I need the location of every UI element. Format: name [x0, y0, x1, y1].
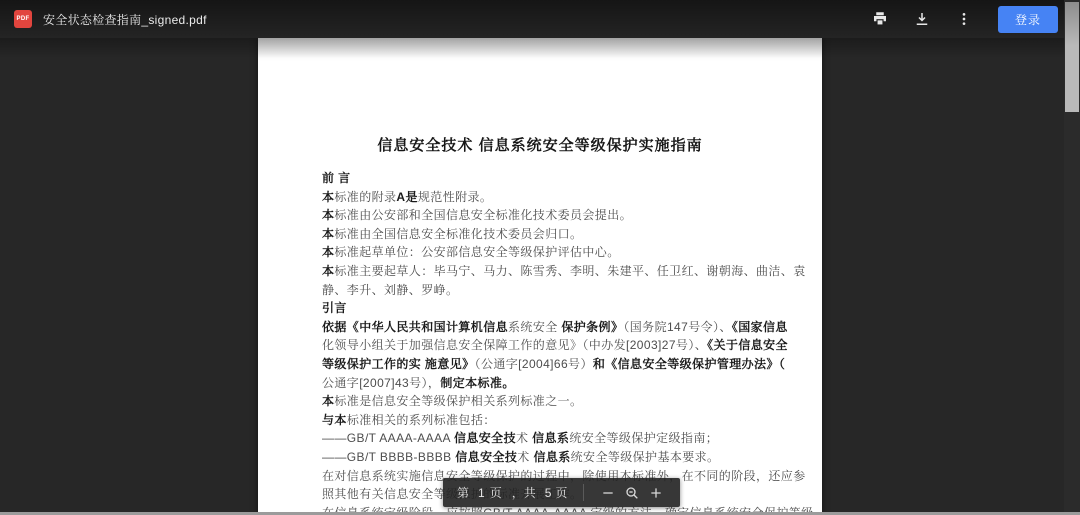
text-segment: 保护条例》 — [561, 320, 623, 334]
text-segment: 标准主要起草人：毕马宁、马力、陈雪秀、李明、朱建平、任卫红、谢朝海、曲洁、袁 — [334, 264, 805, 278]
text-segment: ——GB/T AAAA-AAAA — [322, 431, 454, 445]
text-segment: 标准的附录 — [334, 190, 396, 204]
text-segment: 本 — [322, 245, 334, 259]
more-options-button[interactable] — [954, 9, 974, 29]
document-line: 与本标准相关的系列标准包括： — [322, 411, 764, 430]
minus-icon — [601, 486, 615, 500]
text-segment: 信息系 — [533, 450, 570, 464]
pdf-page: 信息安全技术 信息系统安全等级保护实施指南 前 言本标准的附录A是规范性附录。本… — [258, 38, 822, 515]
download-button[interactable] — [912, 9, 932, 29]
document-line: 公通字[2007]43号），制定本标准。 — [322, 374, 764, 393]
text-segment: 本 — [322, 394, 334, 408]
text-segment: 规范性附录。 — [418, 190, 492, 204]
login-button[interactable]: 登录 — [998, 6, 1058, 33]
text-segment: 术 — [516, 431, 532, 445]
text-segment: 制定本标准。 — [440, 376, 514, 390]
document-line: 本标准主要起草人：毕马宁、马力、陈雪秀、李明、朱建平、任卫红、谢朝海、曲洁、袁 — [322, 262, 764, 281]
text-segment: 与本 — [322, 413, 347, 427]
document-line: ——GB/T AAAA-AAAA 信息安全技术 信息系统安全等级保护定级指南； — [322, 429, 764, 448]
text-segment: 公通字[2007]43号）， — [322, 376, 440, 390]
text-segment: 静、李升、刘静、罗峥。 — [322, 283, 458, 297]
text-segment: 统安全等级保护定级指南； — [569, 431, 718, 445]
document-line: 前 言 — [322, 169, 764, 188]
kebab-menu-icon — [956, 11, 972, 27]
text-segment: 《关于信息安全 — [707, 338, 788, 352]
document-line: ——GB/T BBBB-BBBB 信息安全技术 信息系统安全等级保护基本要求。 — [322, 448, 764, 467]
text-segment: 和《信息安全等级保护管理办法》（ — [593, 357, 785, 371]
print-button[interactable] — [870, 9, 890, 29]
text-segment: 信息系 — [532, 431, 569, 445]
document-line: 引言 — [322, 299, 764, 318]
page-zoom-toolbar: 第 1 页 ，共 5 页 — [443, 478, 680, 507]
text-segment: A是 — [396, 190, 417, 204]
text-segment: 系统安全 — [508, 320, 561, 334]
document-line: 本标准起草单位：公安部信息安全等级保护评估中心。 — [322, 243, 764, 262]
text-segment: 标准相关的系列标准包括： — [347, 413, 496, 427]
text-segment: 《国家信息 — [732, 320, 788, 334]
text-segment: 标准由公安部和全国信息安全标准化技术委员会提出。 — [334, 208, 632, 222]
text-segment: 化领导小组关于加强信息安全保障工作的意见》（中办发[2003]27号）、 — [322, 338, 707, 352]
text-segment: 信息安全技 — [454, 431, 516, 445]
zoom-in-button[interactable] — [644, 478, 668, 507]
pdf-file-icon: PDF — [14, 10, 32, 28]
text-segment: 引言 — [322, 301, 347, 315]
document-line: 依据《中华人民共和国计算机信息系统安全 保护条例》（国务院147号令）、《国家信… — [322, 318, 764, 337]
document-line: 本标准的附录A是规范性附录。 — [322, 188, 764, 207]
text-segment: （国务院147号令）、 — [623, 320, 731, 334]
text-segment: 等级保护工作的实 施意见》 — [322, 357, 475, 371]
vertical-scrollbar-thumb[interactable] — [1065, 2, 1079, 112]
text-segment: 前 言 — [322, 171, 351, 185]
text-segment: ——GB/T BBBB-BBBB — [322, 450, 455, 464]
text-segment: 术 — [517, 450, 533, 464]
document-line: 化领导小组关于加强信息安全保障工作的意见》（中办发[2003]27号）、《关于信… — [322, 336, 764, 355]
document-line: 本标准由公安部和全国信息安全标准化技术委员会提出。 — [322, 206, 764, 225]
text-segment: 信息安全技 — [455, 450, 517, 464]
document-line: 本标准由全国信息安全标准化技术委员会归口。 — [322, 225, 764, 244]
text-segment: 本 — [322, 190, 334, 204]
text-segment: 本 — [322, 227, 334, 241]
document-body: 前 言本标准的附录A是规范性附录。本标准由公安部和全国信息安全标准化技术委员会提… — [322, 169, 764, 515]
document-line: 等级保护工作的实 施意见》（公通字[2004]66号）和《信息安全等级保护管理办… — [322, 355, 764, 374]
document-title: 信息安全技术 信息系统安全等级保护实施指南 — [258, 134, 822, 155]
file-info: PDF 安全状态检查指南_signed.pdf — [14, 10, 207, 28]
text-segment: 标准是信息安全等级保护相关系列标准之一。 — [334, 394, 582, 408]
document-line: 静、李升、刘静、罗峥。 — [322, 281, 764, 300]
plus-icon — [649, 486, 663, 500]
magnifier-icon — [624, 485, 640, 501]
page-unit-label: 页 — [490, 484, 502, 501]
viewer-header: PDF 安全状态检查指南_signed.pdf — [0, 0, 1080, 38]
text-segment: 依据《中华人民共和国计算机信息 — [322, 320, 508, 334]
download-icon — [913, 10, 931, 28]
document-line: 本标准是信息安全等级保护相关系列标准之一。 — [322, 392, 764, 411]
total-pages-count: 5 — [545, 486, 552, 500]
text-segment: 本 — [322, 264, 334, 278]
total-pages-unit: 页 — [555, 484, 567, 501]
toolbar-divider — [583, 484, 584, 501]
zoom-out-button[interactable] — [596, 478, 620, 507]
text-segment: 统安全等级保护基本要求。 — [571, 450, 720, 464]
print-icon — [871, 10, 889, 28]
file-name: 安全状态检查指南_signed.pdf — [43, 11, 207, 28]
page-number-input[interactable]: 1 — [478, 486, 485, 500]
text-segment: 本 — [322, 208, 334, 222]
header-actions: 登录 — [870, 0, 1058, 38]
text-segment: 标准起草单位：公安部信息安全等级保护评估中心。 — [334, 245, 619, 259]
vertical-scrollbar[interactable] — [1064, 0, 1080, 515]
total-pages-prefix: ，共 — [512, 484, 536, 501]
page-label-prefix: 第 — [457, 484, 469, 501]
text-segment: 标准由全国信息安全标准化技术委员会归口。 — [334, 227, 582, 241]
text-segment: （公通字[2004]66号） — [475, 357, 593, 371]
zoom-tool-button[interactable] — [620, 478, 644, 507]
